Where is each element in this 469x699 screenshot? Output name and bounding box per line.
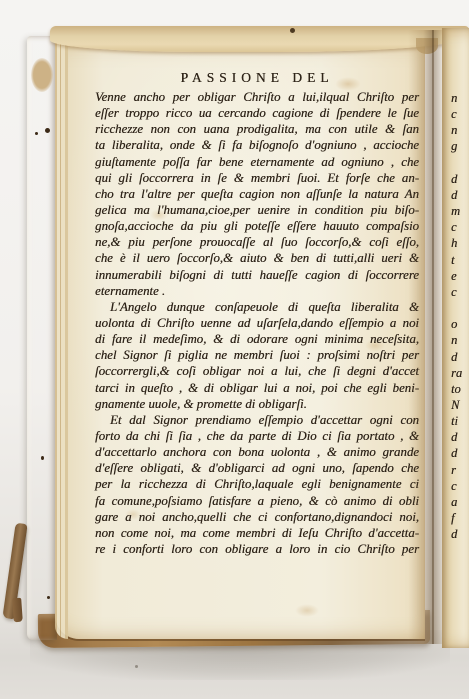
gutter-shadow [408, 30, 442, 644]
text-line: uolonta di Chriſto uenne ad uſarſela,dan… [95, 315, 419, 331]
text-line: non come noi, ma come membri di Ieſu Chr… [95, 525, 419, 541]
text-line: forto da chi ſi ſia , che da parte di Di… [95, 428, 419, 444]
text-line: di fare il medeſimo, & di odorare ogni m… [95, 331, 419, 347]
text-line: Et dal Signor prendiamo eſſempio d'accet… [95, 412, 419, 428]
text-line: gelica ma l'humana,cioe,per uenire in co… [95, 202, 419, 218]
text-line: innumerabili biſogni di tutti haueſſe ca… [95, 267, 419, 283]
text-line: tarci in queſto , & di obligar lui a noi… [95, 380, 419, 396]
spine-speck [47, 596, 50, 599]
spine-speck [35, 132, 38, 135]
foxing-spot [295, 604, 319, 617]
text-line: ſoccorrergli,& coſi obligar noi a lui, c… [95, 363, 419, 379]
text-line: gare a noi ancho,quelli che ci confortan… [95, 509, 419, 525]
photo-backdrop: PASSIONE DEL Venne ancho per obligar Chr… [0, 0, 469, 699]
text-line: L'Angelo dunque conſapeuole di queſta li… [95, 299, 419, 315]
text-line: che è il uero ſoccorſo,& aiuto & ben di … [95, 250, 419, 266]
text-line: ricchezze non con uana prodigalita, ma c… [95, 121, 419, 137]
spine-wear-spot [31, 58, 53, 92]
text-line: giuſtamente poſſa far bene eternamente a… [95, 154, 419, 170]
facing-page-text: n c n g d d m c h t e c o n d ra to N ti… [451, 90, 469, 542]
text-line: eſſer troppo ricco ua cercando cagione d… [95, 105, 419, 121]
text-line: per la ricchezza di Chriſto,laquale egli… [95, 476, 419, 492]
text-line: d'accettarlo anchora con bona uolonta , … [95, 444, 419, 460]
text-line: gnamente uuole, & promette di obligarſi. [95, 396, 419, 412]
text-line: chel Signor ſi piglia ne membri ſuoi : p… [95, 347, 419, 363]
text-line: Venne ancho per obligar Chriſto a lui,il… [95, 89, 419, 105]
running-header: PASSIONE DEL [95, 70, 419, 86]
spine-speck [45, 128, 50, 133]
top-edge-speck [290, 28, 295, 33]
text-line: gnoſa,accioche da piu gli poteſſe eſſere… [95, 218, 419, 234]
text-line: eternamente . [95, 283, 419, 299]
text-line: d'eſſere obligati, & d'obligarci ad ogni… [95, 460, 419, 476]
body-text: Venne ancho per obligar Chriſto a lui,il… [95, 89, 419, 557]
facing-page-sliver: n c n g d d m c h t e c o n d ra to N ti… [442, 28, 469, 648]
text-line: ta liberalita, onde & ſi fa biſognoſo d'… [95, 137, 419, 153]
text-line: fa comune,poſsiamo ſatisfare a pieno, & … [95, 493, 419, 509]
left-page: PASSIONE DEL Venne ancho per obligar Chr… [55, 39, 425, 639]
text-line: re i conforti loro con obligare a loro i… [95, 541, 419, 557]
text-line: qui gli ſoccorrera in ſe & membri ſuoi. … [95, 170, 419, 186]
text-line: ne,& piu perſone prouocaſſe al ſuo ſocco… [95, 234, 419, 250]
text-line: cho tra l'altre per queſta cagion non aſ… [95, 186, 419, 202]
leather-tie-tip [12, 598, 23, 623]
spine-speck [41, 456, 44, 460]
book-spine-edge [27, 36, 57, 640]
